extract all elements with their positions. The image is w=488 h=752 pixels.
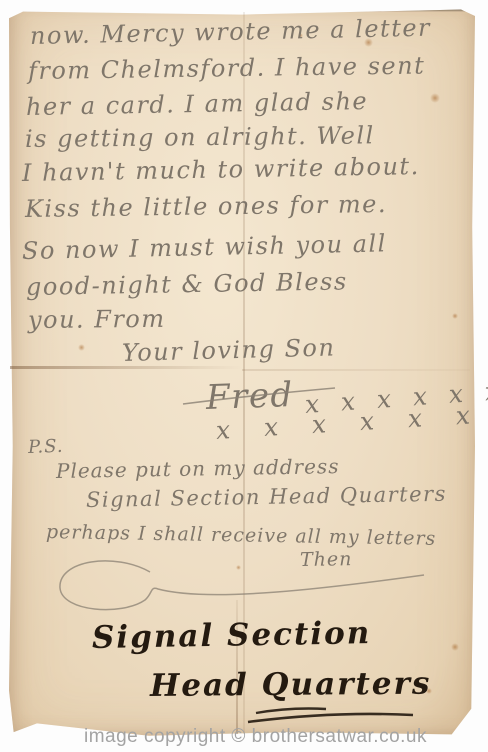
address-ink-line: Signal Section [92,615,372,656]
postscript-label: P.S. [28,436,64,458]
letter-line: good-night & God Bless [26,267,348,301]
letter-line: her a card. I am glad she [26,87,369,121]
postscript-line: Please put on my address [56,454,340,483]
watermark-text: image copyright © brothersatwar.co.uk [84,726,427,748]
letter-scan: now. Mercy wrote me a letter from Chelms… [0,0,488,752]
closing-line: Your loving Son [122,333,336,367]
address-ink-line: Head Quarters [150,666,432,704]
letter-line: you. From [28,305,166,334]
postscript-line: Then [300,548,353,571]
letter-line: from Chelmsford. I have sent [28,51,426,85]
letter-line: Kiss the little ones for me. [25,190,387,223]
letter-line: is getting on alright. Well [25,121,375,153]
